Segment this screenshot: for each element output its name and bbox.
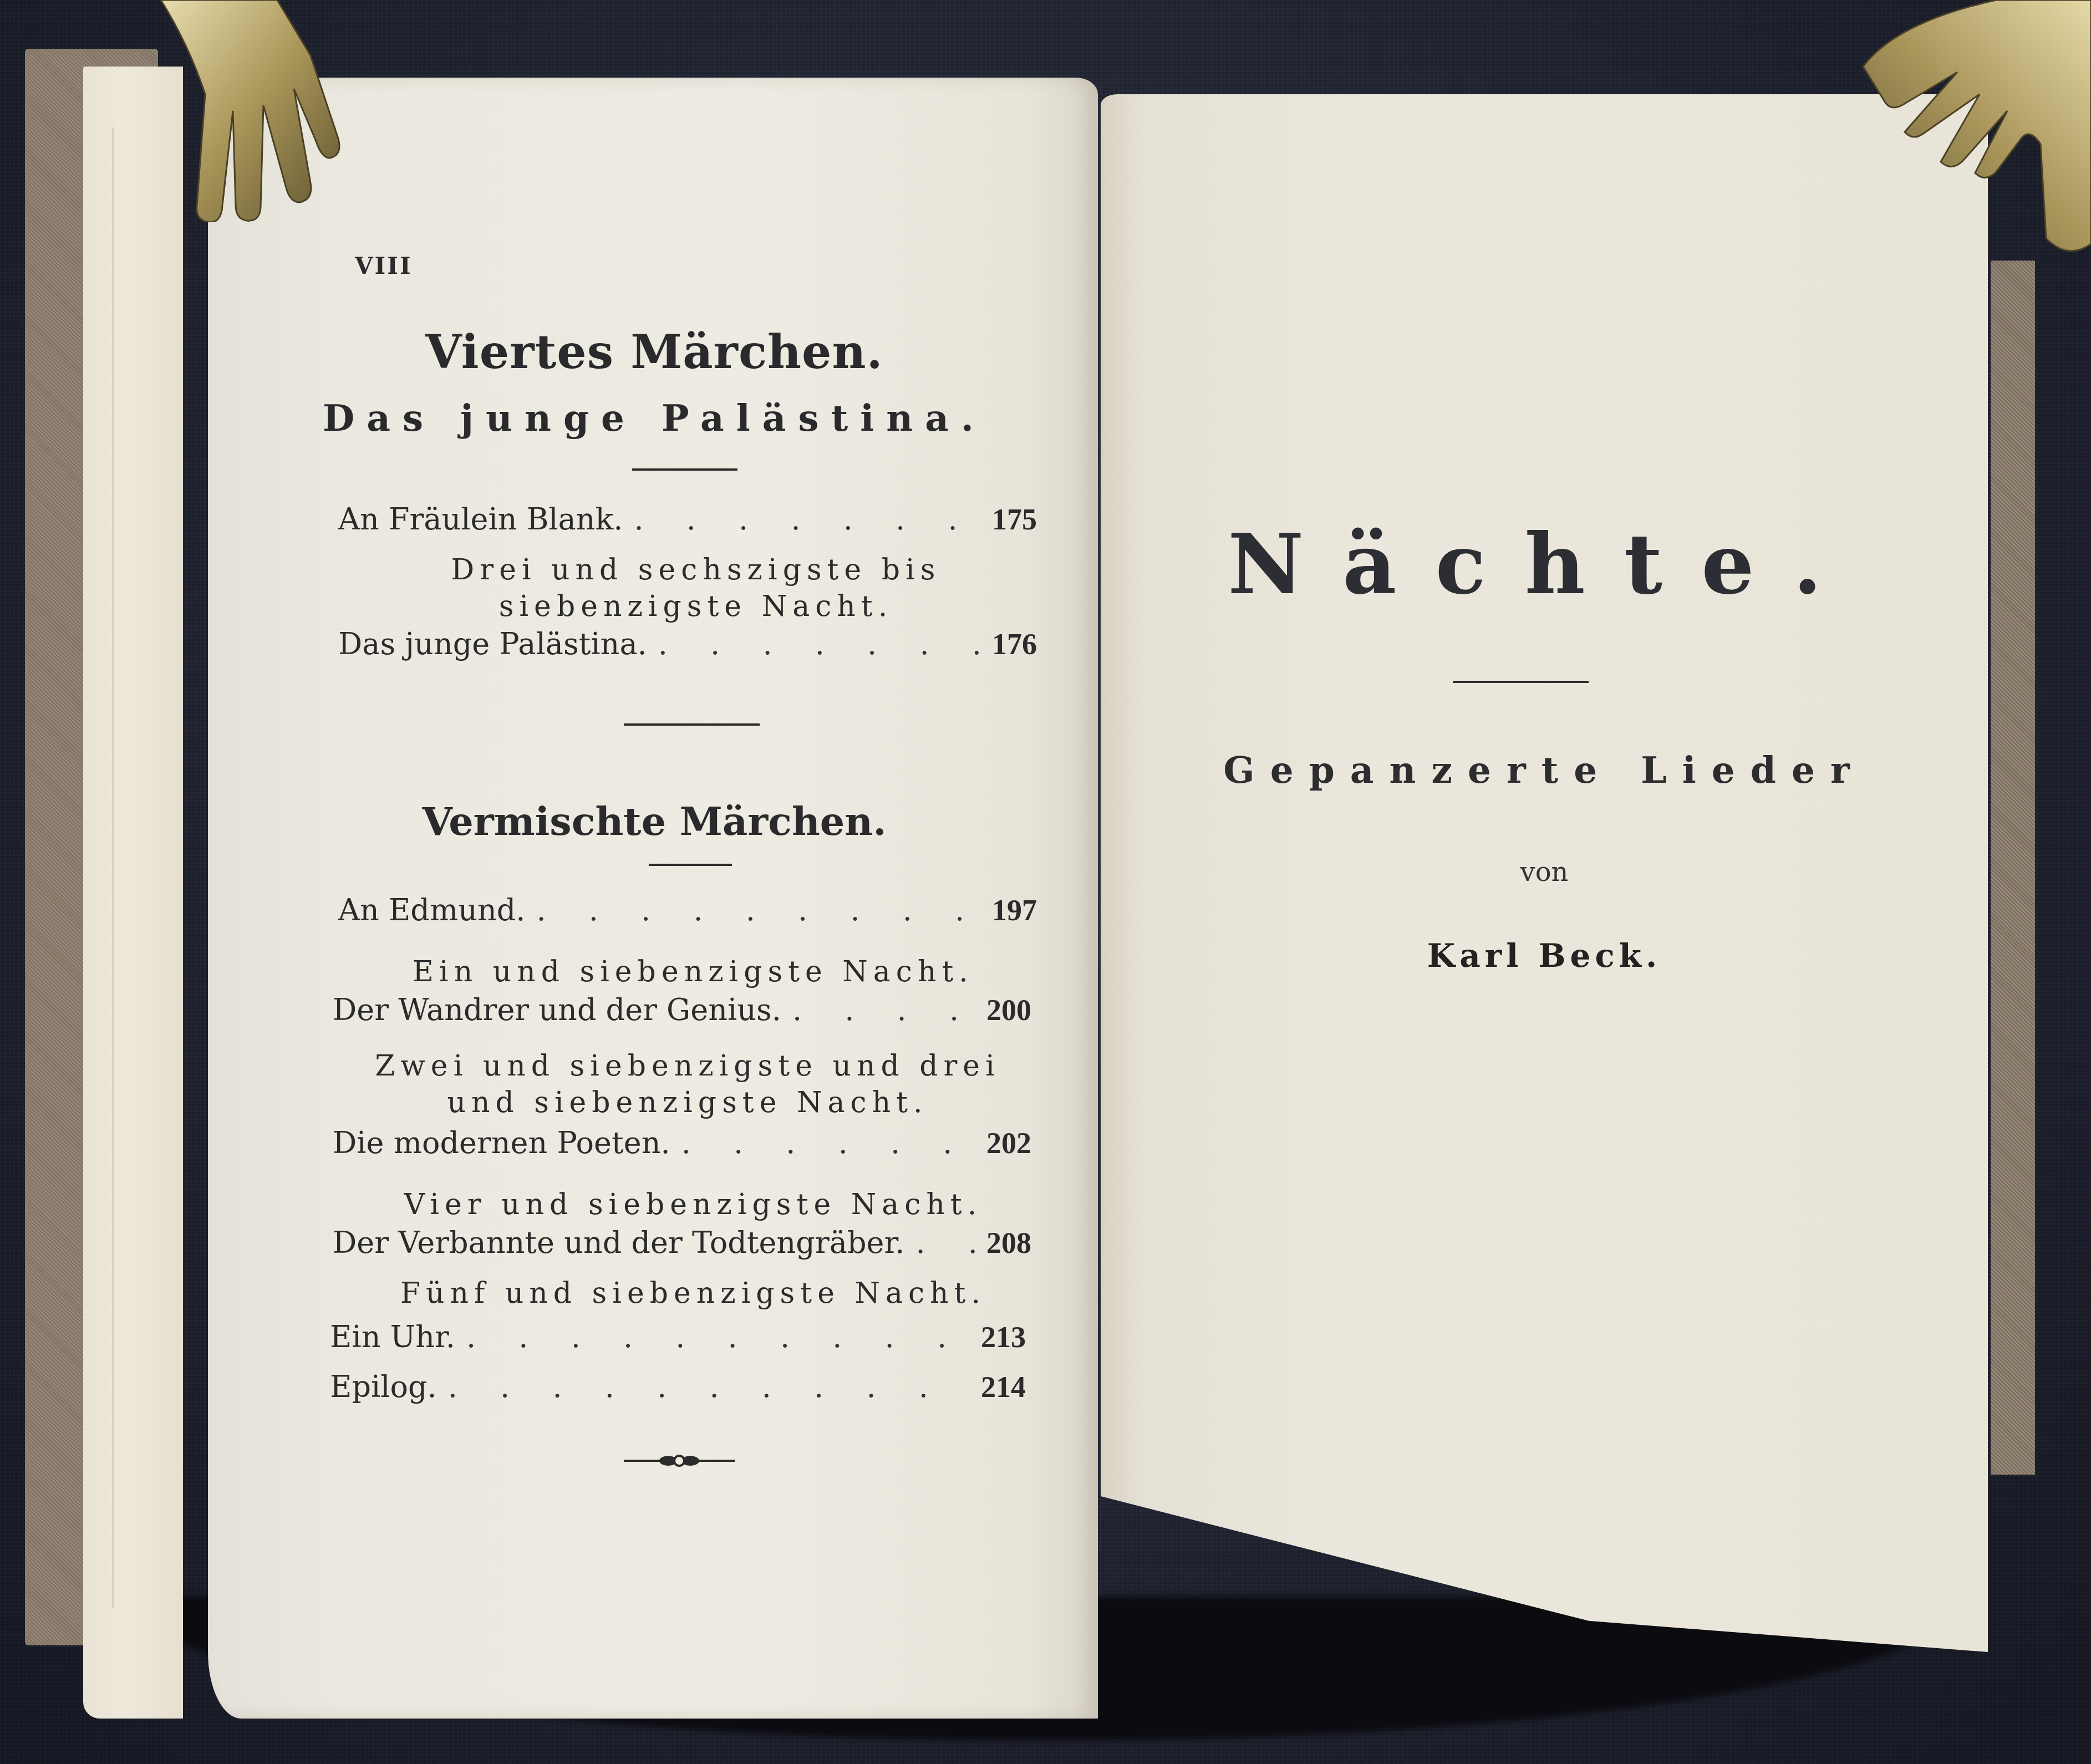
tailpiece-ornament-icon xyxy=(624,1452,735,1469)
author-name: Karl Beck. xyxy=(1101,937,1988,975)
toc-leader-dots: . . . . . . . xyxy=(670,1125,979,1160)
section-title-viertes-maerchen: Viertes Märchen. xyxy=(211,324,1098,379)
toc-entry: Epilog. . . . . . . . . . . . 214 xyxy=(330,1369,1026,1404)
toc-leader-dots: . . . . . . . xyxy=(647,626,984,661)
toc-entry: Der Verbannte und der Todtengräber. . . … xyxy=(333,1225,1031,1260)
divider-rule xyxy=(624,723,760,726)
toc-leader-dots: . . . . . . . . . . . xyxy=(455,1319,973,1354)
toc-entry-title: An Fräulein Blank. xyxy=(338,502,623,537)
toc-page-number: 213 xyxy=(973,1320,1026,1354)
toc-entry-title: Ein Uhr. xyxy=(330,1319,455,1354)
toc-night-heading: Drei und sechszigste bis siebenzigste Na… xyxy=(355,552,1037,625)
toc-entry-title: Epilog. xyxy=(330,1369,437,1404)
toc-entry: An Fräulein Blank. . . . . . . . . 175 xyxy=(338,502,1037,537)
page-number-roman: VIII xyxy=(355,252,413,279)
brass-hand-clip-left-icon xyxy=(78,0,377,222)
toc-leader-dots: . . . . . . . . . . . xyxy=(525,893,984,927)
toc-night-heading: Fünf und siebenzigste Nacht. xyxy=(327,1275,1059,1312)
toc-entry-title: Der Wandrer und der Genius. xyxy=(333,992,781,1027)
toc-night-heading: Zwei und siebenzigste und drei und siebe… xyxy=(355,1048,1020,1121)
toc-page-number: 208 xyxy=(979,1226,1031,1260)
toc-page-number: 214 xyxy=(973,1370,1026,1404)
toc-entry: Ein Uhr. . . . . . . . . . . . 213 xyxy=(330,1319,1026,1354)
toc-entry: An Edmund. . . . . . . . . . . . 197 xyxy=(338,893,1037,927)
page-stack-edge xyxy=(83,67,183,1719)
divider-rule xyxy=(649,864,732,866)
toc-page-number: 197 xyxy=(984,893,1037,927)
book-subtitle: Gepanzerte Lieder xyxy=(1101,748,1988,792)
book-title: Nächte. xyxy=(1101,516,1988,613)
toc-leader-dots: . . . . . . . . . . . xyxy=(437,1369,973,1404)
toc-entry-title: Das junge Palästina. xyxy=(338,626,647,661)
toc-leader-dots: . . xyxy=(904,1225,979,1260)
byline-von: von xyxy=(1101,856,1988,888)
toc-entry-title: An Edmund. xyxy=(338,893,525,927)
toc-entry-title: Die modernen Poeten. xyxy=(333,1125,670,1160)
brass-hand-clip-right-icon xyxy=(1830,0,2091,277)
divider-rule xyxy=(1453,681,1589,683)
toc-entry: Die modernen Poeten. . . . . . . . 202 xyxy=(333,1125,1031,1160)
toc-night-heading: Vier und siebenzigste Nacht. xyxy=(327,1186,1059,1223)
toc-entry-title: Der Verbannte und der Todtengräber. xyxy=(333,1225,904,1260)
toc-page-number: 200 xyxy=(979,993,1031,1027)
toc-entry: Das junge Palästina. . . . . . . . 176 xyxy=(338,626,1037,661)
toc-night-heading: Ein und siebenzigste Nacht. xyxy=(327,954,1059,990)
book-cover-right xyxy=(1991,261,2035,1475)
divider-rule xyxy=(632,468,737,471)
toc-page-number: 176 xyxy=(984,627,1037,661)
section-subtitle-junge-palaestina: Das junge Palästina. xyxy=(211,396,1098,440)
toc-leader-dots: . . . . . . . . xyxy=(623,502,984,537)
toc-leader-dots: . . . . xyxy=(781,992,979,1027)
section-title-vermischte-maerchen: Vermischte Märchen. xyxy=(211,798,1098,844)
toc-entry: Der Wandrer und der Genius. . . . . 200 xyxy=(333,992,1031,1027)
toc-page-number: 202 xyxy=(979,1126,1031,1160)
toc-page-number: 175 xyxy=(984,502,1037,537)
